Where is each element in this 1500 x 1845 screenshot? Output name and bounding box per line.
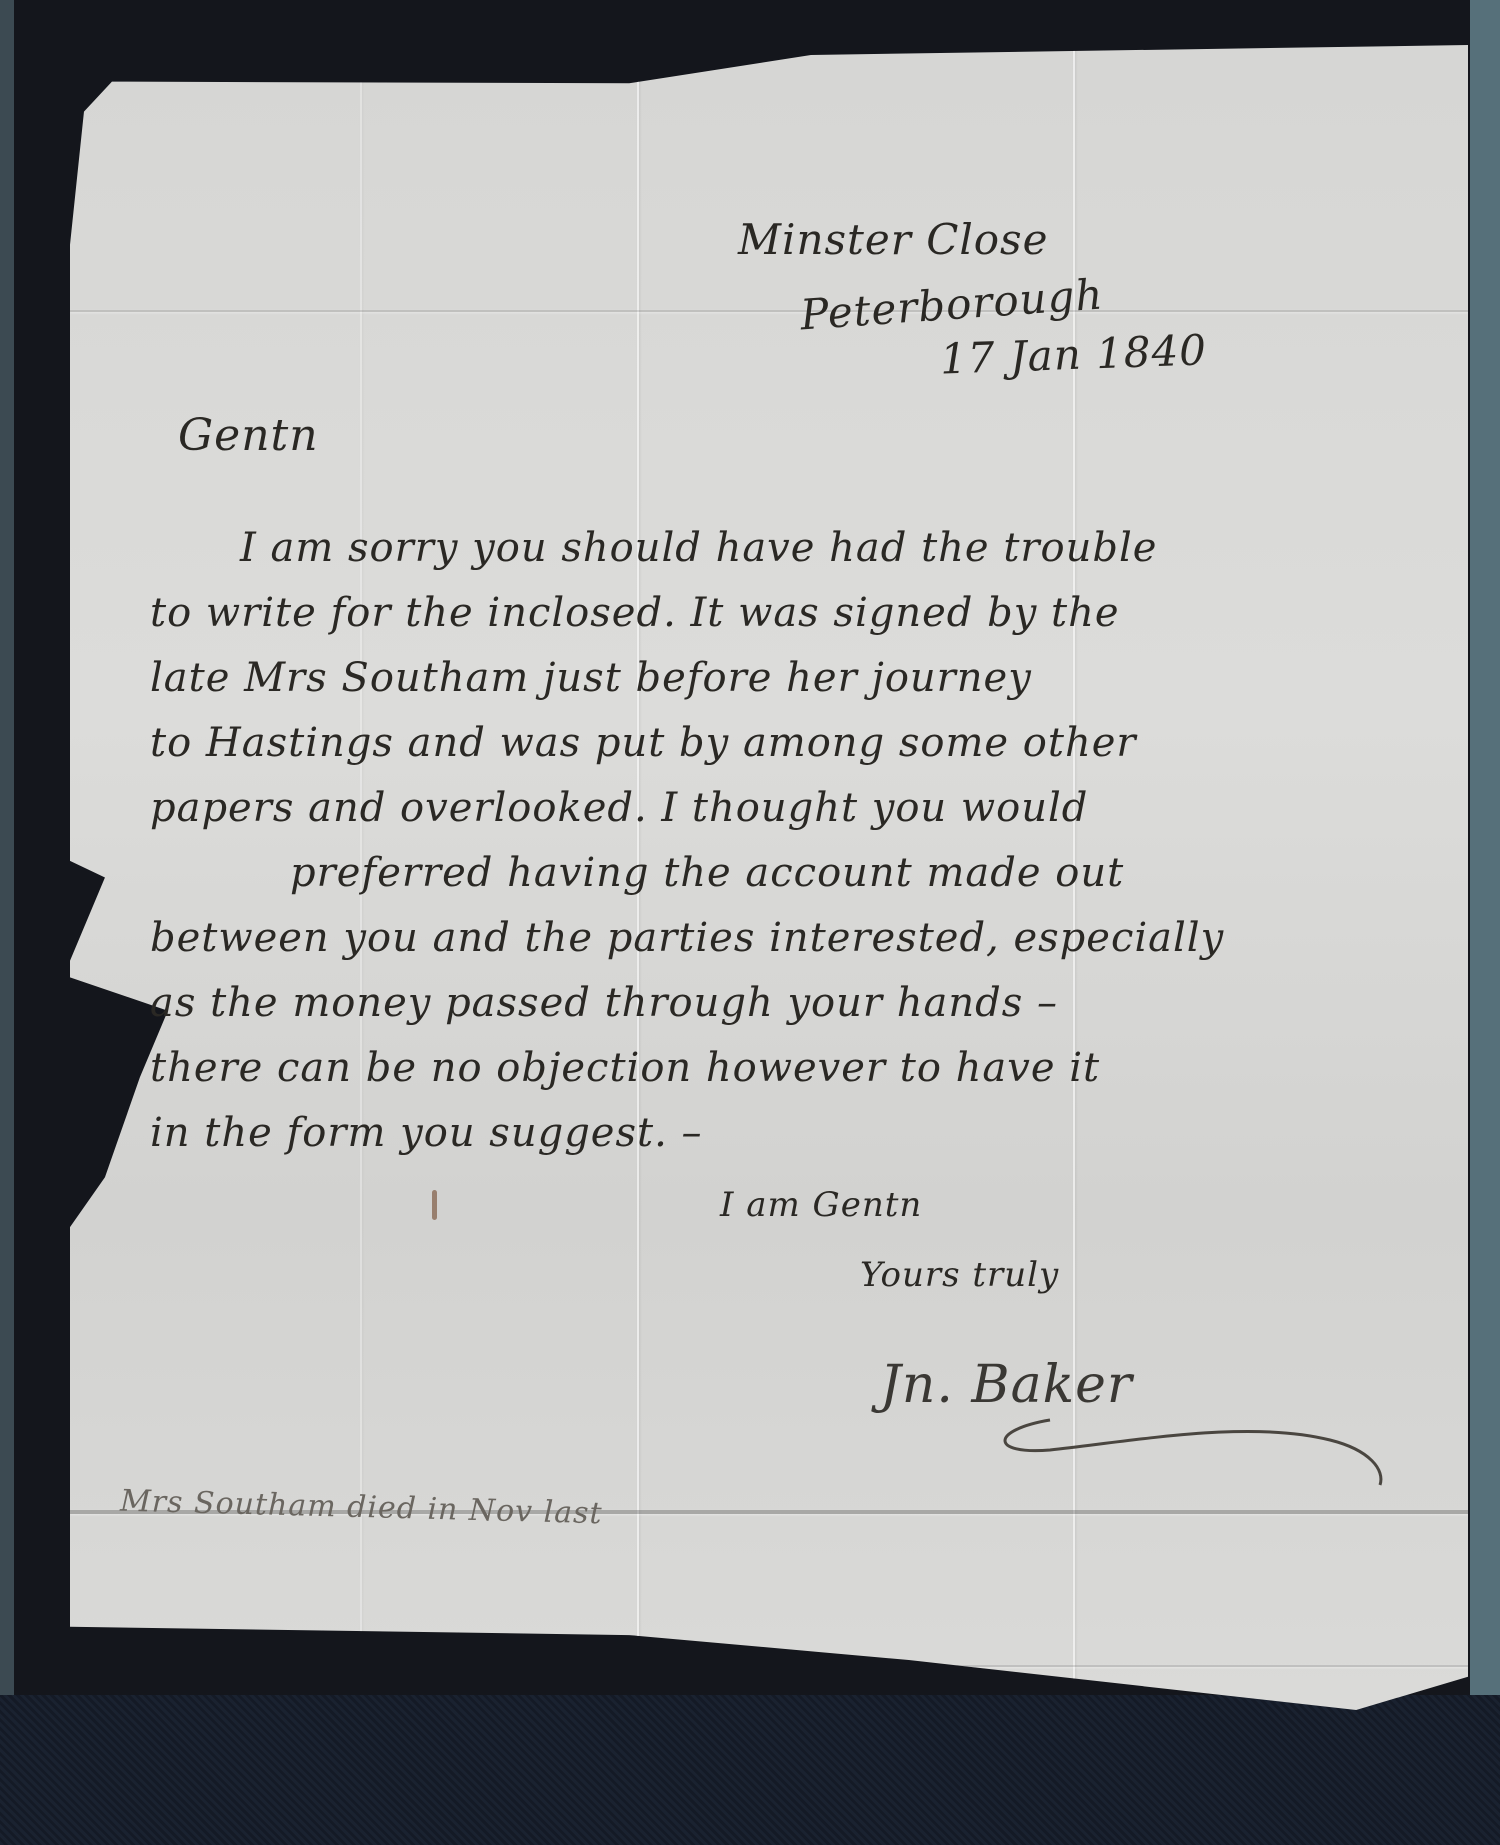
fold-line-horizontal <box>70 1665 1468 1667</box>
body-line: in the form you suggest. – <box>150 1110 703 1156</box>
body-line: I am sorry you should have had the troub… <box>240 525 1157 571</box>
fold-line-horizontal <box>70 310 1468 312</box>
body-line: there can be no objection however to hav… <box>150 1045 1100 1091</box>
body-line: to write for the inclosed. It was signed… <box>150 590 1120 636</box>
letter-date: 17 Jan 1840 <box>939 325 1208 383</box>
background-fabric <box>0 1695 1500 1845</box>
salutation: Gentn <box>178 410 319 461</box>
body-line: papers and overlooked. I thought you wou… <box>150 785 1088 831</box>
body-line: as the money passed through your hands – <box>150 980 1058 1026</box>
body-line: between you and the parties interested, … <box>150 915 1224 961</box>
closing-line-2: Yours truly <box>860 1255 1059 1295</box>
closing-line-1: I am Gentn <box>720 1185 922 1225</box>
signature-flourish <box>990 1400 1390 1490</box>
body-line: to Hastings and was put by among some ot… <box>150 720 1137 766</box>
address-line-1: Minster Close <box>738 215 1048 264</box>
ink-stain <box>432 1190 437 1220</box>
background-left-edge <box>0 0 14 1845</box>
body-line: preferred having the account made out <box>290 850 1124 896</box>
body-line: late Mrs Southam just before her journey <box>150 655 1032 701</box>
background-right-edge <box>1470 0 1500 1845</box>
